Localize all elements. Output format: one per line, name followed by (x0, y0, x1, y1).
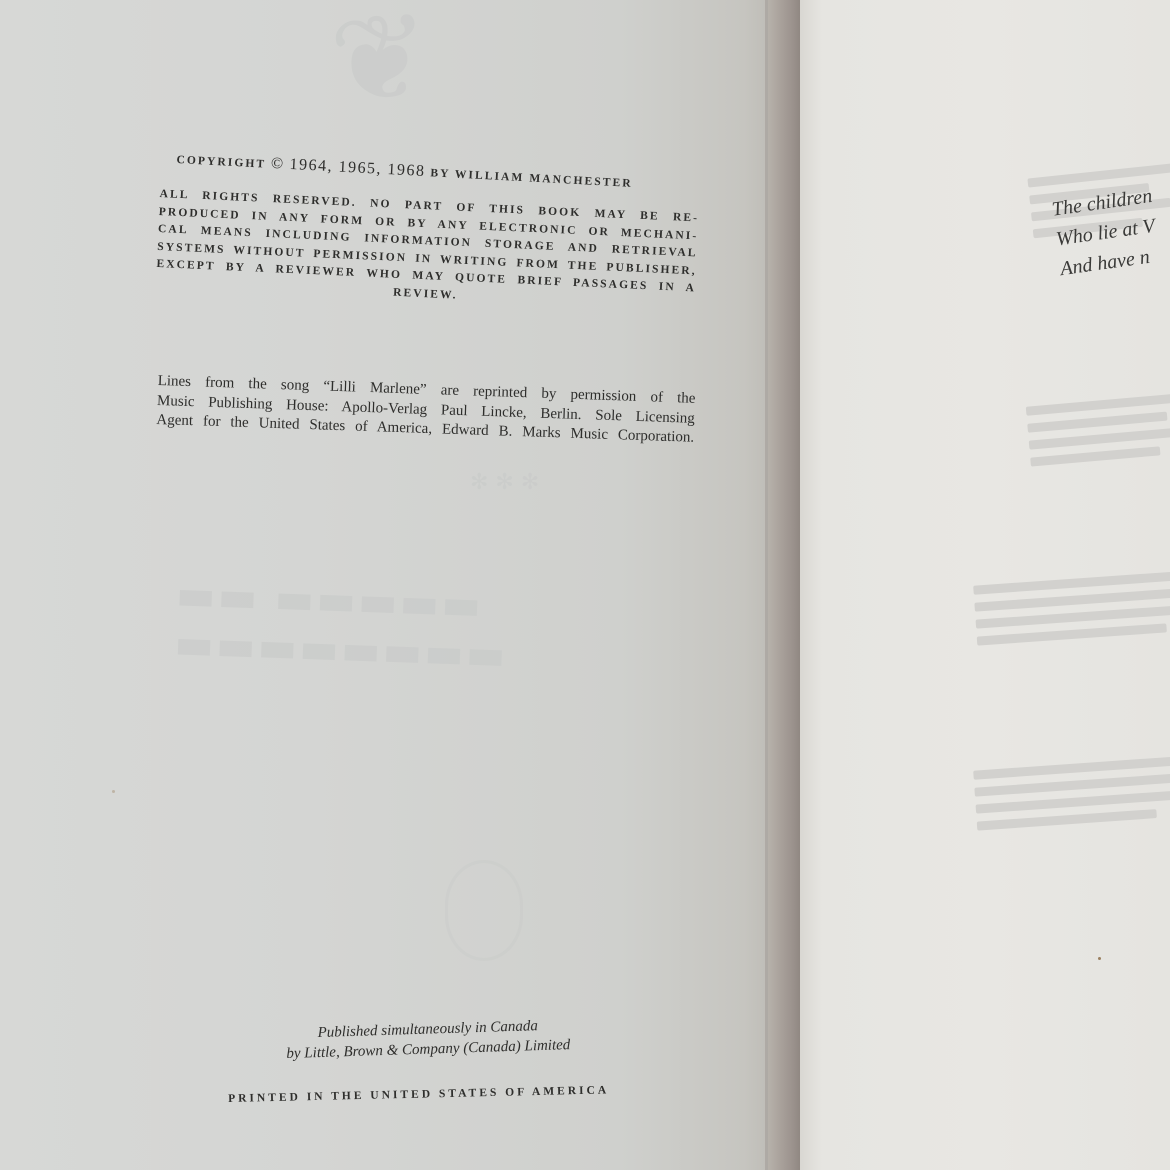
paper-speck (1098, 957, 1101, 960)
printed-in-notice: Printed in the United States of America (228, 1084, 628, 1105)
song-permission-notice: Lines from the song “Lilli Marlene” are … (156, 372, 696, 448)
copyright-line: Copyright © 1964, 1965, 1968 by William … (176, 150, 686, 195)
right-page: The children Who lie at V And have n (800, 0, 1170, 1170)
paper-speck (112, 790, 115, 793)
show-through-publisher-logo (445, 860, 523, 961)
canada-publication-notice: Published simultaneously in Canada by Li… (255, 1014, 601, 1065)
show-through-text (1025, 381, 1170, 474)
rights-reserved-notice: All rights reserved. No part of this boo… (155, 186, 699, 315)
copyright-author: by William Manchester (430, 167, 633, 190)
show-through-ornament: ❦ (325, 0, 435, 132)
copyright-symbol: © (271, 155, 286, 173)
copyright-years: 1964, 1965, 1968 (289, 156, 426, 180)
epigraph: The children Who lie at V And have n (1050, 167, 1170, 284)
show-through-stars: ✻ ✻ ✻ (470, 470, 539, 495)
book-gutter (768, 0, 802, 1170)
show-through-text (973, 562, 1170, 653)
left-page: ❦ ✻ ✻ ✻ ▬▬ ▬▬▬▬▬ ▬▬▬▬▬▬▬▬ Copyright © 19… (0, 0, 775, 1170)
copyright-prefix: Copyright (176, 154, 266, 171)
show-through-text (973, 747, 1170, 838)
show-through-author-line: ▬▬ ▬▬▬▬▬ ▬▬▬▬▬▬▬▬ (173, 570, 776, 689)
